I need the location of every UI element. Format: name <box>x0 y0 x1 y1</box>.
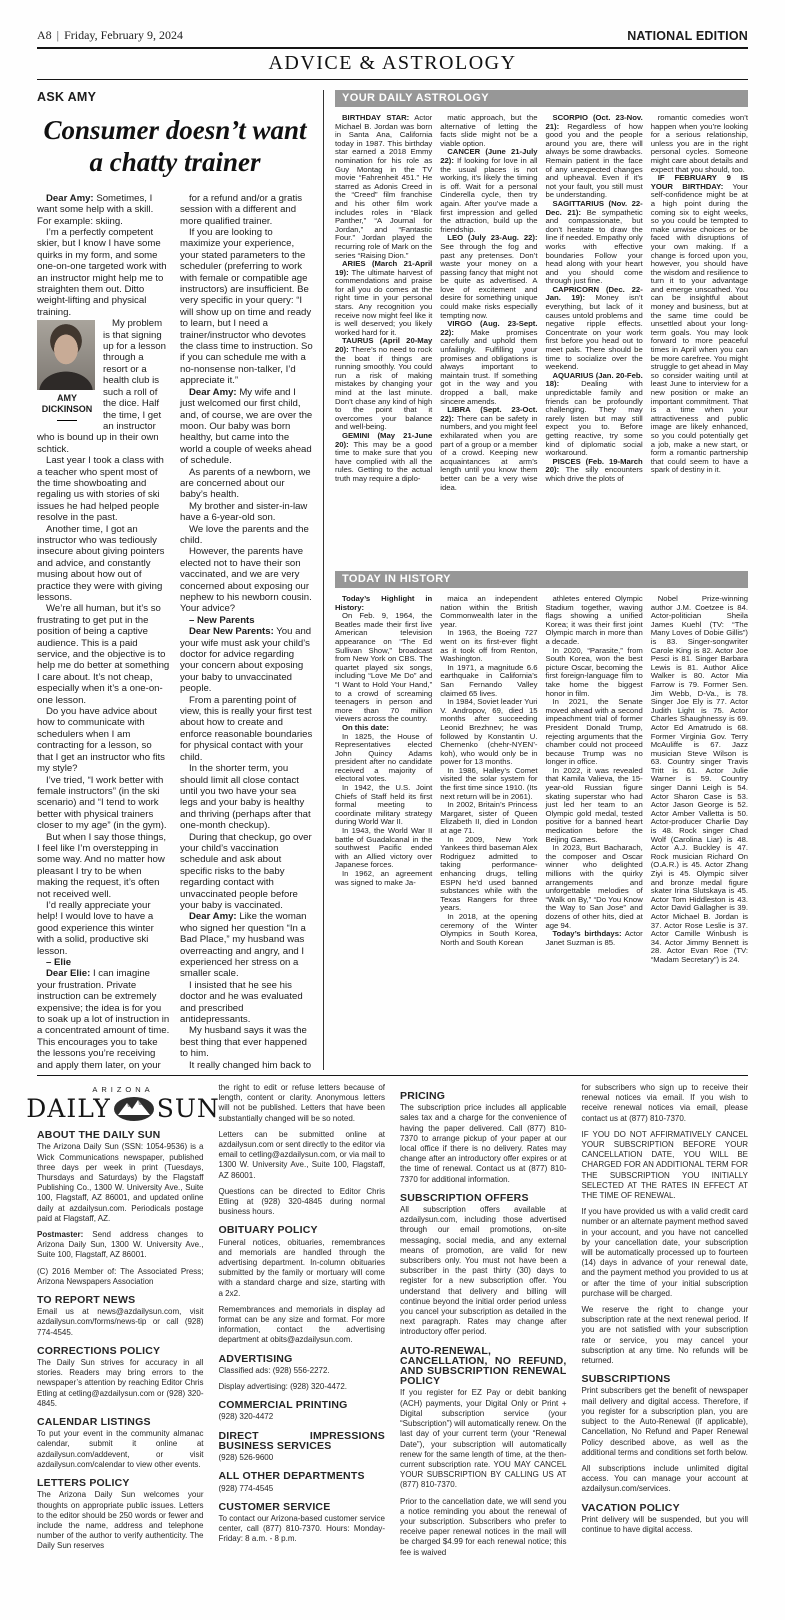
history-entry: In 2022, it was revealed that Kamila Val… <box>546 767 643 844</box>
history-columns: Today’s Highlight in History: On Feb. 9,… <box>335 595 748 1047</box>
paragraph-text: Funeral notices, obituaries, remembrance… <box>219 1238 386 1298</box>
paragraph-lead: Dear Amy: <box>46 193 94 204</box>
paragraph-lead: – New Parents <box>189 615 255 626</box>
policy-block: DIRECT IMPRESSIONS BUSINESS SERVICES (92… <box>219 1431 386 1464</box>
astrology-column-3: SCORPIO (Oct. 23-Nov. 21): Regardless of… <box>546 114 643 563</box>
history-entry: On Feb. 9, 1964, the Beatles made their … <box>335 612 432 724</box>
history-column-4: Nobel Prize-winning author J.M. Coetzee … <box>651 595 748 1047</box>
astrology-columns: BIRTHDAY STAR: Actor Michael B. Jordan w… <box>335 114 748 563</box>
paragraph-text: I’ve tried, “I work better with female i… <box>37 775 167 832</box>
folio: A8|Friday, February 9, 2024 <box>37 28 183 43</box>
history-entry: In 1986, Halley’s Comet visited the sola… <box>440 767 537 801</box>
history-entry-text: In 1942, the U.S. Joint Chiefs of Staff … <box>335 783 432 826</box>
horoscope-text: See through the fog and past any pretens… <box>440 242 537 320</box>
paragraph: for a refund and/or a gratis session wit… <box>180 193 313 227</box>
horoscope-entry: GEMINI (May 21-June 20): This may be a g… <box>335 432 432 484</box>
horoscope-entry: LEO (July 23-Aug. 22): See through the f… <box>440 234 537 320</box>
horoscope-entry: SCORPIO (Oct. 23-Nov. 21): Regardless of… <box>546 114 643 200</box>
paragraph-text: Letters can be submitted online at azdai… <box>219 1130 386 1180</box>
paragraph: However, the parents have elected not to… <box>180 546 313 614</box>
policy-block: ABOUT THE DAILY SUN The Arizona Daily Su… <box>37 1130 204 1287</box>
policy-paragraph: To put your event in the community alman… <box>37 1429 204 1470</box>
policy-block: VACATION POLICY Print delivery will be s… <box>582 1503 749 1536</box>
policy-paragraph: The Arizona Daily Sun (SSN: 1054-9536) i… <box>37 1142 204 1224</box>
policy-paragraphs: Email us at news@azdailysun.com, visit a… <box>37 1307 204 1338</box>
paragraph-text: Display advertising: (928) 320-4472. <box>219 1382 348 1391</box>
main-content: ASK AMY Consumer doesn’t want a chatty t… <box>37 90 748 1070</box>
horoscope-text: There’s no need to rock the boat if thin… <box>335 345 432 431</box>
paragraph-text: My husband says it was the best thing th… <box>180 1025 307 1059</box>
paragraph-text: If you are looking to maximize your expe… <box>180 227 313 386</box>
policy-block: the right to edit or refuse letters beca… <box>219 1083 386 1217</box>
policy-paragraphs: To put your event in the community alman… <box>37 1429 204 1470</box>
history-entry: athletes entered Olympic Stadium togethe… <box>546 595 643 647</box>
paragraph-text: To contact our Arizona-based customer se… <box>219 1514 386 1543</box>
edition-label: NATIONAL EDITION <box>627 29 748 43</box>
horoscope-text: Make promises carefully and uphold them … <box>440 328 537 406</box>
paragraph-text: for a refund and/or a gratis session wit… <box>180 193 302 227</box>
policy-paragraph: Remembrances and memorials in display ad… <box>219 1305 386 1346</box>
paragraph-text: If you register for EZ Pay or debit bank… <box>400 1388 567 1489</box>
paragraph: I’d really appreciate your help! I would… <box>37 900 170 957</box>
horoscope-entry: BIRTHDAY STAR: Actor Michael B. Jordan w… <box>335 114 432 260</box>
horoscope-entry: LIBRA (Sept. 23-Oct. 22): There can be s… <box>440 406 537 492</box>
paragraph-text: I can imagine your frustration. Private … <box>37 968 169 1070</box>
history-entry: maica an independent nation within the B… <box>440 595 537 629</box>
horoscope-text: Regardless of how good you and the peopl… <box>546 122 643 200</box>
paragraph-text: Remembrances and memorials in display ad… <box>219 1305 386 1345</box>
horoscope-text: romantic comedies won’t happen when you’… <box>651 114 748 174</box>
paragraph-lead: – Elie <box>46 957 71 968</box>
paragraph-text: Classified ads: (928) 556-2272. <box>219 1366 330 1375</box>
policy-paragraphs: Classified ads: (928) 556-2272. Display … <box>219 1366 386 1392</box>
policy-heading: ABOUT THE DAILY SUN <box>37 1130 204 1140</box>
page-number: A8 <box>37 28 52 42</box>
paragraph-lead: Postmaster: <box>37 1230 83 1239</box>
daily-sun-logo: ARIZONA DAILY SUN <box>37 1085 209 1122</box>
history-entry: In 1984, Soviet leader Yuri V. Andropov,… <box>440 698 537 767</box>
paragraph-text: My wife and I just welcomed our first ch… <box>180 387 312 466</box>
horoscope-entry: AQUARIUS (Jan. 20-Feb. 18): Dealing with… <box>546 372 643 458</box>
policy-heading: LETTERS POLICY <box>37 1478 204 1488</box>
paragraph: Dear Amy: My wife and I just welcomed ou… <box>180 387 313 467</box>
paragraph: But when I say those things, I feel like… <box>37 832 170 900</box>
history-entry-text: In 2018, at the opening ceremony of the … <box>440 912 537 947</box>
askamy-column-2: for a refund and/or a gratis session wit… <box>180 193 313 1070</box>
history-entry-text: maica an independent nation within the B… <box>440 595 537 629</box>
policy-block: CORRECTIONS POLICY The Daily Sun strives… <box>37 1346 204 1409</box>
history-column-2: maica an independent nation within the B… <box>440 595 537 1047</box>
paragraph-lead: Dear Elie: <box>46 968 90 979</box>
policy-paragraph: the right to edit or refuse letters beca… <box>219 1083 386 1124</box>
paragraph-text: I insisted that he see his doctor and he… <box>180 980 303 1025</box>
history-entry-text: athletes entered Olympic Stadium togethe… <box>546 595 643 646</box>
policy-paragraph: All subscriptions include unlimited digi… <box>582 1464 749 1495</box>
policy-paragraph: Print subscribers get the benefit of new… <box>582 1386 749 1457</box>
page-date: Friday, February 9, 2024 <box>64 28 183 42</box>
history-entry-text: In 1825, the House of Representatives el… <box>335 732 432 784</box>
policy-block: TO REPORT NEWS Email us at news@azdailys… <box>37 1295 204 1338</box>
paragraph-text: During that checkup, go over your child’… <box>180 832 312 911</box>
history-entry: In 2021, the Senate moved ahead with a s… <box>546 698 643 767</box>
horoscope-entry: PISCES (Feb. 19-March 20): The silly enc… <box>546 458 643 484</box>
history-entry-text: In 2002, Britain’s Princess Margaret, si… <box>440 800 537 835</box>
history-entry: In 1963, the Boeing 727 went on its firs… <box>440 629 537 663</box>
history-entry-text: In 2023, Burt Bacharach, the composer an… <box>546 843 643 929</box>
divider <box>57 420 77 421</box>
horoscope-text: If looking for love in all the usual pla… <box>440 156 537 234</box>
paragraph-text: The Arizona Daily Sun welcomes your thou… <box>37 1490 204 1550</box>
paragraph: Dear New Parents: You and your wife must… <box>180 626 313 694</box>
horoscope-text: This may be a good time to make sure tha… <box>335 440 432 483</box>
paragraph: As parents of a newborn, we are concerne… <box>180 467 313 501</box>
paragraph-text: All subscription offers available at azd… <box>400 1205 567 1336</box>
paragraph: Dear Amy: Sometimes, I want some help wi… <box>37 193 170 227</box>
policy-paragraphs: To contact our Arizona-based customer se… <box>219 1514 386 1545</box>
horoscope-text: Dealing with unpredictable family and fr… <box>546 379 643 457</box>
policy-heading: DIRECT IMPRESSIONS BUSINESS SERVICES <box>219 1431 386 1451</box>
policy-block: SUBSCRIPTIONS Print subscribers get the … <box>582 1374 749 1494</box>
policy-block: CALENDAR LISTINGS To put your event in t… <box>37 1417 204 1470</box>
paragraph-text: My brother and sister-in-law have a 6-ye… <box>180 501 307 523</box>
history-entry: In 1942, the U.S. Joint Chiefs of Staff … <box>335 784 432 827</box>
photo-caption: AMY DICKINSON <box>37 393 97 415</box>
paragraph-text: (928) 774-4545 <box>219 1484 274 1493</box>
history-entry: In 2002, Britain’s Princess Margaret, si… <box>440 801 537 835</box>
astrology-column-1: BIRTHDAY STAR: Actor Michael B. Jordan w… <box>335 114 432 563</box>
horoscope-entry: ARIES (March 21-April 19): The ultimate … <box>335 260 432 337</box>
policy-paragraphs: The Arizona Daily Sun welcomes your thou… <box>37 1490 204 1551</box>
policy-block: for subscribers who sign up to receive t… <box>582 1083 749 1366</box>
policy-block: ADVERTISING Classified ads: (928) 556-22… <box>219 1354 386 1393</box>
ask-amy-headline: Consumer doesn’t want a chatty trainer <box>37 114 313 179</box>
history-entry-text: Nobel Prize-winning author J.M. Coetzee … <box>651 595 748 964</box>
horoscope-text: Your self-confidence might be at a high … <box>651 182 748 475</box>
policies-column-2: the right to edit or refuse letters beca… <box>219 1083 386 1564</box>
paragraph-text: for subscribers who sign up to receive t… <box>582 1083 749 1123</box>
paragraph: Dear Elie: I can imagine your frustratio… <box>37 968 170 1070</box>
history-entry-text: In 2021, the Senate moved ahead with a s… <box>546 697 643 766</box>
policy-paragraphs: (928) 526-9600 <box>219 1453 386 1463</box>
policy-paragraphs: All subscription offers available at azd… <box>400 1205 567 1338</box>
horoscope-entry: VIRGO (Aug. 23-Sept. 22): Make promises … <box>440 320 537 406</box>
horoscope-text: The silly encounters which drive the plo… <box>546 465 643 483</box>
paragraph-text: Print delivery will be suspended, but yo… <box>582 1515 749 1534</box>
policy-paragraph: The subscription price includes all appl… <box>400 1103 567 1185</box>
paragraph-text: In the shorter term, you should limit al… <box>180 763 311 831</box>
ask-amy-kicker: ASK AMY <box>37 90 313 104</box>
horoscope-entry: IF FEBRUARY 9 IS YOUR BIRTHDAY: Your sel… <box>651 174 748 475</box>
policy-paragraph: Funeral notices, obituaries, remembrance… <box>219 1238 386 1299</box>
policies-column-1: ARIZONA DAILY SUN <box>37 1083 204 1564</box>
policy-heading: CALENDAR LISTINGS <box>37 1417 204 1427</box>
history-entry-text: In 1971, a magnitude 6.6 earthquake in C… <box>440 663 537 698</box>
policy-paragraph: for subscribers who sign up to receive t… <box>582 1083 749 1124</box>
horoscope-entry: CAPRICORN (Dec. 22-Jan. 19): Money isn’t… <box>546 286 643 372</box>
history-entry: In 1825, the House of Representatives el… <box>335 733 432 785</box>
policy-paragraph: All subscription offers available at azd… <box>400 1205 567 1338</box>
horoscope-text: The ultimate harvest of commendations an… <box>335 268 432 337</box>
paragraph-text: From a parenting point of view, this is … <box>180 695 312 763</box>
policy-paragraph: The Arizona Daily Sun welcomes your thou… <box>37 1490 204 1551</box>
policy-paragraphs: Funeral notices, obituaries, remembrance… <box>219 1238 386 1346</box>
paragraph: My husband says it was the best thing th… <box>180 1025 313 1059</box>
paragraph-text: If you have provided us with a valid cre… <box>582 1207 749 1298</box>
history-entry: In 2023, Burt Bacharach, the composer an… <box>546 844 643 930</box>
policy-heading: CUSTOMER SERVICE <box>219 1502 386 1512</box>
policy-heading: PRICING <box>400 1091 567 1101</box>
paragraph-text: I’d really appreciate your help! I would… <box>37 900 154 957</box>
paragraph: We’re all human, but it’s so frustrating… <box>37 603 170 706</box>
policy-heading: AUTO-RENEWAL, CANCELLATION, NO REFUND, A… <box>400 1346 567 1387</box>
policy-heading: TO REPORT NEWS <box>37 1295 204 1305</box>
policy-paragraph: Print delivery will be suspended, but yo… <box>582 1515 749 1535</box>
paragraph: During that checkup, go over your child’… <box>180 832 313 912</box>
history-column-3: athletes entered Olympic Stadium togethe… <box>546 595 643 1047</box>
paragraph: We love the parents and the child. <box>180 524 313 547</box>
paragraph-text: We reserve the right to change your subs… <box>582 1305 749 1365</box>
policy-paragraph: (928) 320-4472 <box>219 1412 386 1422</box>
folio-separator: | <box>57 28 59 42</box>
policy-block: COMMERCIAL PRINTING (928) 320-4472 <box>219 1400 386 1422</box>
history-entry-text: In 1962, an agreement was signed to make… <box>335 869 432 887</box>
policy-heading: ADVERTISING <box>219 1354 386 1364</box>
paragraph-text: (C) 2016 Member of: The Associated Press… <box>37 1267 204 1286</box>
today-in-history-section: TODAY IN HISTORY Today’s Highlight in Hi… <box>335 571 748 1047</box>
newspaper-page: A8|Friday, February 9, 2024 NATIONAL EDI… <box>0 0 785 1620</box>
policies-column-3: PRICING The subscription price includes … <box>400 1083 567 1564</box>
paragraph-text: the right to edit or refuse letters beca… <box>219 1083 386 1123</box>
policy-block: ALL OTHER DEPARTMENTS (928) 774-4545 <box>219 1471 386 1493</box>
paragraph-text: To put your event in the community alman… <box>37 1429 204 1469</box>
history-entry-text: In 1986, Halley’s Comet visited the sola… <box>440 766 537 801</box>
policy-heading: ALL OTHER DEPARTMENTS <box>219 1471 386 1481</box>
amy-dickinson-photo-block: AMY DICKINSON <box>37 320 97 421</box>
policy-block-list: ABOUT THE DAILY SUN The Arizona Daily Su… <box>37 1130 204 1551</box>
policy-paragraph: Prior to the cancellation date, we will … <box>400 1497 567 1558</box>
paragraph: Do you have advice about how to communic… <box>37 706 170 774</box>
history-entry: In 1971, a magnitude 6.6 earthquake in C… <box>440 664 537 698</box>
paragraph-text: Last year I took a class with a teacher … <box>37 455 164 523</box>
paragraph-text: However, the parents have elected not to… <box>180 546 312 614</box>
policy-paragraph: If you register for EZ Pay or debit bank… <box>400 1388 567 1490</box>
horoscope-entry: romantic comedies won’t happen when you’… <box>651 114 748 174</box>
policy-paragraph: Questions can be directed to Editor Chri… <box>219 1187 386 1218</box>
history-entry-text: In 2009, New York Yankees third baseman … <box>440 835 537 913</box>
policy-paragraph: IF YOU DO NOT AFFIRMATIVELY CANCEL YOUR … <box>582 1130 749 1201</box>
history-entry-text: On Feb. 9, 1964, the Beatles made their … <box>335 611 432 723</box>
history-banner: TODAY IN HISTORY <box>335 571 748 588</box>
policy-paragraph: Postmaster: Send address changes to Ariz… <box>37 1230 204 1261</box>
logo-wordmark: DAILY SUN <box>37 1096 209 1122</box>
paragraph-text: The Daily Sun strives for accuracy in al… <box>37 1358 204 1408</box>
policy-heading: SUBSCRIPTION OFFERS <box>400 1193 567 1203</box>
paragraph: In the shorter term, you should limit al… <box>180 763 313 831</box>
horoscope-text: Actor Michael B. Jordan was born in Sant… <box>335 114 432 260</box>
policy-paragraph: (C) 2016 Member of: The Associated Press… <box>37 1267 204 1287</box>
horoscope-entry: TAURUS (April 20-May 20): There’s no nee… <box>335 337 432 432</box>
amy-dickinson-photo <box>37 320 95 390</box>
horoscope-entry: CANCER (June 21-July 22): If looking for… <box>440 148 537 234</box>
policy-paragraphs: (928) 320-4472 <box>219 1412 386 1422</box>
policy-paragraphs: Print subscribers get the benefit of new… <box>582 1386 749 1494</box>
paragraph: Last year I took a class with a teacher … <box>37 455 170 523</box>
paragraph: My brother and sister-in-law have a 6-ye… <box>180 501 313 524</box>
policy-paragraph: If you have provided us with a valid cre… <box>582 1207 749 1299</box>
policy-paragraphs: If you register for EZ Pay or debit bank… <box>400 1388 567 1557</box>
policies-columns: ARIZONA DAILY SUN <box>37 1083 748 1564</box>
paragraph-text: (928) 526-9600 <box>219 1453 274 1462</box>
paragraph: It really changed him back to his more p… <box>180 1060 313 1070</box>
policy-paragraph: Letters can be submitted online at azdai… <box>219 1130 386 1181</box>
paragraph: From a parenting point of view, this is … <box>180 695 313 763</box>
horoscope-entry: SAGITTARIUS (Nov. 22-Dec. 21): Be sympat… <box>546 200 643 286</box>
logo-word-sun: SUN <box>157 1104 220 1114</box>
astrology-column-2: matic approach, but the alternative of l… <box>440 114 537 563</box>
section-title: ADVICE & ASTROLOGY <box>0 49 785 79</box>
policy-block: PRICING The subscription price includes … <box>400 1091 567 1185</box>
history-entry: Nobel Prize-winning author J.M. Coetzee … <box>651 595 748 965</box>
paragraph-text: The Arizona Daily Sun (SSN: 1054-9536) i… <box>37 1142 204 1222</box>
policy-paragraphs: the right to edit or refuse letters beca… <box>219 1083 386 1217</box>
paragraph-text: Do you have advice about how to communic… <box>37 706 165 774</box>
astrology-column-4: romantic comedies won’t happen when you’… <box>651 114 748 563</box>
policy-block: OBITUARY POLICY Funeral notices, obituar… <box>219 1225 386 1345</box>
paragraph-list: Dear Amy: Sometimes, I want some help wi… <box>37 193 170 318</box>
paragraph: Another time, I got an instructor who wa… <box>37 524 170 604</box>
history-entry: In 1943, the World War II battle of Guad… <box>335 827 432 870</box>
paragraph: Dear Amy: Like the woman who signed her … <box>180 911 313 979</box>
paragraph-text: The subscription price includes all appl… <box>400 1103 567 1183</box>
policy-block: CUSTOMER SERVICE To contact our Arizona-… <box>219 1502 386 1545</box>
paragraph: I’ve tried, “I work better with female i… <box>37 775 170 832</box>
policies-column-4: for subscribers who sign up to receive t… <box>582 1083 749 1564</box>
paragraph-text: Prior to the cancellation date, we will … <box>400 1497 567 1557</box>
paragraph: If you are looking to maximize your expe… <box>180 227 313 387</box>
paragraph: I insisted that he see his doctor and he… <box>180 980 313 1026</box>
policy-heading: SUBSCRIPTIONS <box>582 1374 749 1384</box>
history-entry-text: In 2020, “Parasite,” from South Korea, w… <box>546 646 643 698</box>
policy-paragraph: The Daily Sun strives for accuracy in al… <box>37 1358 204 1409</box>
daily-astrology-section: YOUR DAILY ASTROLOGY BIRTHDAY STAR: Acto… <box>335 90 748 563</box>
policy-paragraphs: Print delivery will be suspended, but yo… <box>582 1515 749 1535</box>
history-entry: In 2018, at the opening ceremony of the … <box>440 913 537 947</box>
paragraph-lead: Dear New Parents: <box>189 626 274 637</box>
horoscope-entry: matic approach, but the alternative of l… <box>440 114 537 148</box>
masthead-policies-section: ARIZONA DAILY SUN <box>37 1075 748 1564</box>
policy-paragraphs: The Daily Sun strives for accuracy in al… <box>37 1358 204 1409</box>
horoscope-text: Money isn’t everything, but lack of it c… <box>546 293 643 371</box>
policy-paragraphs: for subscribers who sign up to receive t… <box>582 1083 749 1366</box>
paragraph-lead: Dear Amy: <box>189 387 237 398</box>
policy-paragraph: To contact our Arizona-based customer se… <box>219 1514 386 1545</box>
astrology-banner: YOUR DAILY ASTROLOGY <box>335 90 748 107</box>
policy-heading: COMMERCIAL PRINTING <box>219 1400 386 1410</box>
policy-heading: OBITUARY POLICY <box>219 1225 386 1235</box>
history-entry: In 2020, “Parasite,” from South Korea, w… <box>546 647 643 699</box>
policy-block: SUBSCRIPTION OFFERS All subscription off… <box>400 1193 567 1338</box>
history-entry-lead: Today’s Highlight in History: <box>335 595 432 612</box>
policy-block: AUTO-RENEWAL, CANCELLATION, NO REFUND, A… <box>400 1346 567 1558</box>
policy-paragraphs: The Arizona Daily Sun (SSN: 1054-9536) i… <box>37 1142 204 1287</box>
policy-paragraph: Display advertising: (928) 320-4472. <box>219 1382 386 1392</box>
paragraph-text: All subscriptions include unlimited digi… <box>582 1464 749 1493</box>
policy-paragraphs: The subscription price includes all appl… <box>400 1103 567 1185</box>
horoscope-text: Be sympathetic and compassionate, but do… <box>546 208 643 286</box>
paragraph: – Elie <box>37 957 170 968</box>
divider <box>37 79 748 80</box>
history-entry: In 2009, New York Yankees third baseman … <box>440 836 537 913</box>
paragraph-text: I’m a perfectly competent skier, but I k… <box>37 227 167 318</box>
mountain-icon <box>113 1096 155 1122</box>
history-entry: Today’s birthdays: Actor Janet Suzman is… <box>546 930 643 947</box>
history-entry-text: In 1984, Soviet leader Yuri V. Andropov,… <box>440 697 537 766</box>
policy-paragraph: Classified ads: (928) 556-2272. <box>219 1366 386 1376</box>
history-entry: In 1962, an agreement was signed to make… <box>335 870 432 887</box>
policy-paragraph: (928) 526-9600 <box>219 1453 386 1463</box>
policy-heading: VACATION POLICY <box>582 1503 749 1513</box>
logo-word-daily: DAILY <box>26 1104 110 1114</box>
right-column-area: YOUR DAILY ASTROLOGY BIRTHDAY STAR: Acto… <box>323 90 748 1070</box>
paragraph-text: Print subscribers get the benefit of new… <box>582 1386 749 1456</box>
policy-paragraph: Email us at news@azdailysun.com, visit a… <box>37 1307 204 1338</box>
paragraph-text: (928) 320-4472 <box>219 1412 274 1421</box>
paragraph-text: It really changed him back to his more p… <box>180 1060 311 1070</box>
askamy-column-1: Dear Amy: Sometimes, I want some help wi… <box>37 193 170 1070</box>
paragraph: – New Parents <box>180 615 313 626</box>
ask-amy-section: ASK AMY Consumer doesn’t want a chatty t… <box>37 90 313 1070</box>
horoscope-text: matic approach, but the alternative of l… <box>440 114 537 148</box>
paragraph-text: But when I say those things, I feel like… <box>37 832 166 900</box>
history-entry-text: In 1943, the World War II battle of Guad… <box>335 826 432 869</box>
paragraph-list: My problem is that signing up for a less… <box>37 318 170 1070</box>
paragraph-text: IF YOU DO NOT AFFIRMATIVELY CANCEL YOUR … <box>582 1130 749 1200</box>
paragraph-text: Questions can be directed to Editor Chri… <box>219 1187 386 1216</box>
policy-paragraph: (928) 774-4545 <box>219 1484 386 1494</box>
history-entry-text: In 1963, the Boeing 727 went on its firs… <box>440 628 537 663</box>
policy-heading: CORRECTIONS POLICY <box>37 1346 204 1356</box>
paragraph-text: Email us at news@azdailysun.com, visit a… <box>37 1307 204 1336</box>
paragraph-text: We love the parents and the child. <box>180 524 309 546</box>
history-entry: Today’s Highlight in History: <box>335 595 432 612</box>
paragraph-text: We’re all human, but it’s so frustrating… <box>37 603 169 705</box>
history-entry-text: In 2022, it was revealed that Kamila Val… <box>546 766 643 844</box>
paragraph: I’m a perfectly competent skier, but I k… <box>37 227 170 318</box>
paragraph-text: Another time, I got an instructor who wa… <box>37 524 164 603</box>
paragraph-text: As parents of a newborn, we are concerne… <box>180 467 311 501</box>
policy-paragraph: We reserve the right to change your subs… <box>582 1305 749 1366</box>
paragraph-lead: Dear Amy: <box>189 911 237 922</box>
history-column-1: Today’s Highlight in History: On Feb. 9,… <box>335 595 432 1047</box>
horoscope-text: There can be safety in numbers, and you … <box>440 414 537 492</box>
policy-block: LETTERS POLICY The Arizona Daily Sun wel… <box>37 1478 204 1551</box>
page-header: A8|Friday, February 9, 2024 NATIONAL EDI… <box>0 0 785 46</box>
ask-amy-body: Dear Amy: Sometimes, I want some help wi… <box>37 193 313 1070</box>
policy-paragraphs: (928) 774-4545 <box>219 1484 386 1494</box>
